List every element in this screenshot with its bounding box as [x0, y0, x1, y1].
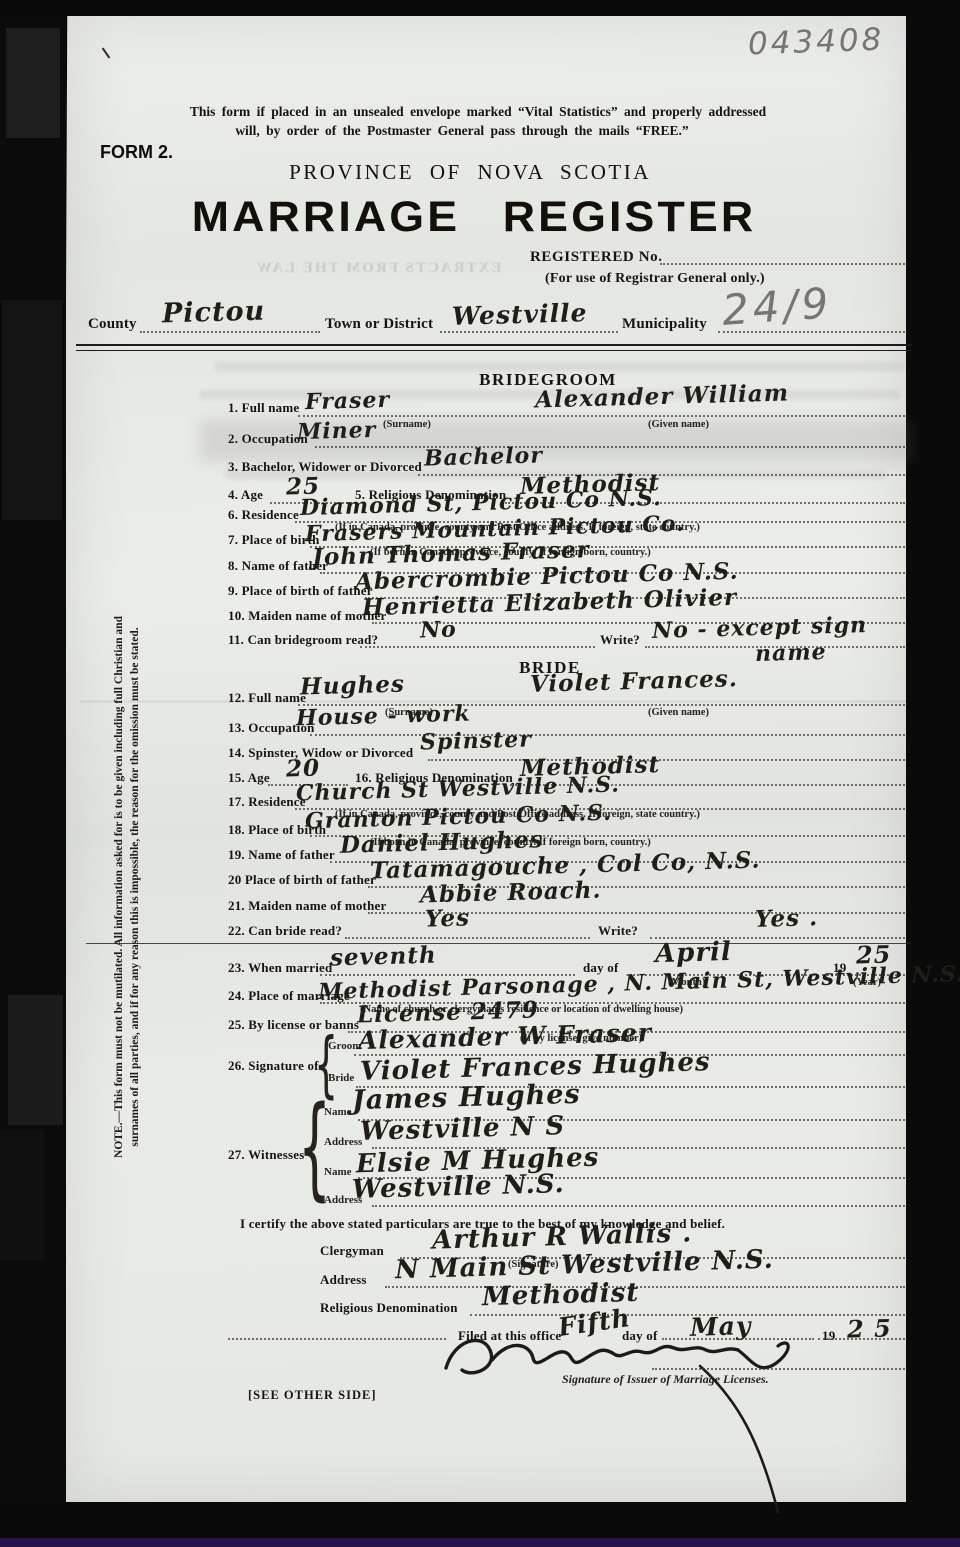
- field-label: 11. Can bridegroom read?: [228, 632, 378, 648]
- bride-age: 20: [286, 755, 321, 783]
- field-label: 22. Can bride read?: [228, 923, 342, 939]
- clergyman-address-label: Address: [320, 1272, 367, 1288]
- registered-no-label: REGISTERED No.: [530, 249, 663, 266]
- witness1-address-label: Address: [324, 1136, 362, 1148]
- scanned-marriage-register-page: EXTRACTS FROM THE LAW 043408 This form i…: [0, 0, 960, 1547]
- dotted-rule: [418, 474, 905, 476]
- dotted-rule: [140, 331, 320, 333]
- marriage-day: seventh: [330, 942, 437, 972]
- dotted-rule: [372, 1205, 905, 1207]
- vertical-note-line1: NOTE.—This form must not be mutilated. A…: [112, 530, 128, 1244]
- field-label: 23. When married: [228, 960, 332, 976]
- province-heading: PROVINCE OF NOVA SCOTIA: [289, 160, 651, 185]
- witness2-address: Westville N.S.: [352, 1169, 565, 1205]
- bride-surname: Hughes: [300, 671, 406, 701]
- double-rule: [76, 344, 912, 351]
- issuer-signature-caption: Signature of Issuer of Marriage Licenses…: [562, 1372, 769, 1387]
- town-district-label: Town or District: [325, 316, 433, 333]
- marriage-month: April: [655, 937, 733, 969]
- county-value: Pictou: [162, 296, 266, 330]
- bridegroom-marital-status: Bachelor: [424, 442, 544, 471]
- given-name-caption: (Given name): [648, 707, 709, 718]
- bridegroom-can-read: No: [420, 616, 458, 643]
- see-other-side-note: [SEE OTHER SIDE]: [248, 1388, 377, 1403]
- film-block: [8, 995, 63, 1125]
- town-district-value: Westville: [452, 298, 588, 331]
- dotted-rule: [360, 646, 595, 648]
- bride-can-read: Yes: [425, 904, 471, 932]
- dotted-rule: [470, 1314, 905, 1316]
- bride-marital-status: Spinster: [420, 726, 532, 755]
- county-label: County: [88, 316, 137, 333]
- film-block: [2, 300, 62, 520]
- dotted-rule: [298, 415, 905, 417]
- field-label: 26. Signature of: [228, 1058, 319, 1074]
- dotted-rule: [228, 1338, 446, 1340]
- film-edge-right: [906, 0, 960, 1547]
- postal-notice-line1: This form if placed in an unsealed envel…: [190, 104, 766, 120]
- bride-mother-name: Abbie Roach.: [420, 876, 602, 908]
- field-label: 6. Residence: [228, 507, 299, 523]
- write-label: Write?: [600, 632, 640, 648]
- groom-label: Groom: [328, 1040, 361, 1052]
- field-label: 21. Maiden name of mother: [228, 898, 386, 914]
- dotted-rule: [345, 937, 590, 939]
- field-label: 4. Age: [228, 487, 263, 503]
- postal-notice-line2: will, by order of the Postmaster General…: [235, 123, 688, 139]
- bridegroom-can-write-cont: name: [755, 639, 827, 667]
- municipality-value: 24/9: [720, 278, 833, 335]
- denomination-label: Religious Denomination: [320, 1300, 458, 1316]
- bridegroom-surname: Fraser: [305, 387, 391, 415]
- witness2-name-label: Name: [324, 1166, 352, 1178]
- bride-occupation: House - work: [296, 701, 471, 732]
- film-edge-top: [0, 0, 960, 16]
- form-number-label: FORM 2.: [100, 142, 173, 163]
- dotted-rule: [428, 759, 905, 761]
- field-label: 25. By license or banns: [228, 1017, 359, 1033]
- field-label: 12. Full name: [228, 690, 306, 706]
- field-label: 1. Full name: [228, 400, 299, 416]
- film-edge-left: [0, 0, 66, 1547]
- filed-year-prefix: 19: [822, 1328, 835, 1344]
- dotted-rule: [385, 1286, 905, 1288]
- film-block: [6, 28, 60, 138]
- given-name-caption: (Given name): [648, 419, 709, 430]
- field-label: 15. Age: [228, 770, 270, 786]
- clergyman-label: Clergyman: [320, 1243, 384, 1259]
- section-rule: [86, 943, 910, 944]
- vertical-note-line2: surnames of all parties, and if for any …: [128, 530, 144, 1244]
- bleed-through-mirrored-text: EXTRACTS FROM THE LAW: [255, 260, 501, 277]
- penciled-registration-number: 043408: [747, 22, 885, 63]
- dotted-rule: [652, 1368, 905, 1370]
- dotted-rule: [440, 331, 618, 333]
- witness1-name-label: Name: [324, 1106, 352, 1118]
- field-label: 27. Witnesses: [228, 1147, 305, 1163]
- document-title: MARRIAGE REGISTER: [192, 193, 757, 242]
- bride-can-write: Yes .: [755, 904, 819, 933]
- municipality-label: Municipality: [622, 316, 707, 333]
- scan-edge-strip: [0, 1538, 960, 1547]
- dotted-rule: [818, 1338, 905, 1340]
- field-label: 3. Bachelor, Widower or Divorced: [228, 459, 422, 475]
- field-label: 20 Place of birth of father: [228, 872, 376, 888]
- dotted-rule: [718, 331, 905, 333]
- dotted-rule: [315, 446, 905, 448]
- field-label: 2. Occupation: [228, 431, 308, 447]
- bride-sig-label: Bride: [328, 1072, 354, 1084]
- bridegroom-occupation: Miner: [297, 417, 377, 445]
- witness1-name: James Hughes: [352, 1079, 581, 1116]
- dotted-rule: [310, 734, 905, 736]
- field-label: 14. Spinster, Widow or Divorced: [228, 745, 413, 761]
- film-block: [0, 1130, 44, 1260]
- issuer-signature-scrawl: [438, 1322, 818, 1522]
- vertical-margin-note: NOTE.—This form must not be mutilated. A…: [112, 530, 143, 1244]
- write-label: Write?: [598, 923, 638, 939]
- dotted-rule: [660, 263, 905, 265]
- field-label: 19. Name of father: [228, 847, 335, 863]
- surname-caption: (Surname): [383, 419, 431, 430]
- witness1-address: Westville N S: [360, 1111, 566, 1147]
- field-label: 9. Place of birth of father: [228, 583, 373, 599]
